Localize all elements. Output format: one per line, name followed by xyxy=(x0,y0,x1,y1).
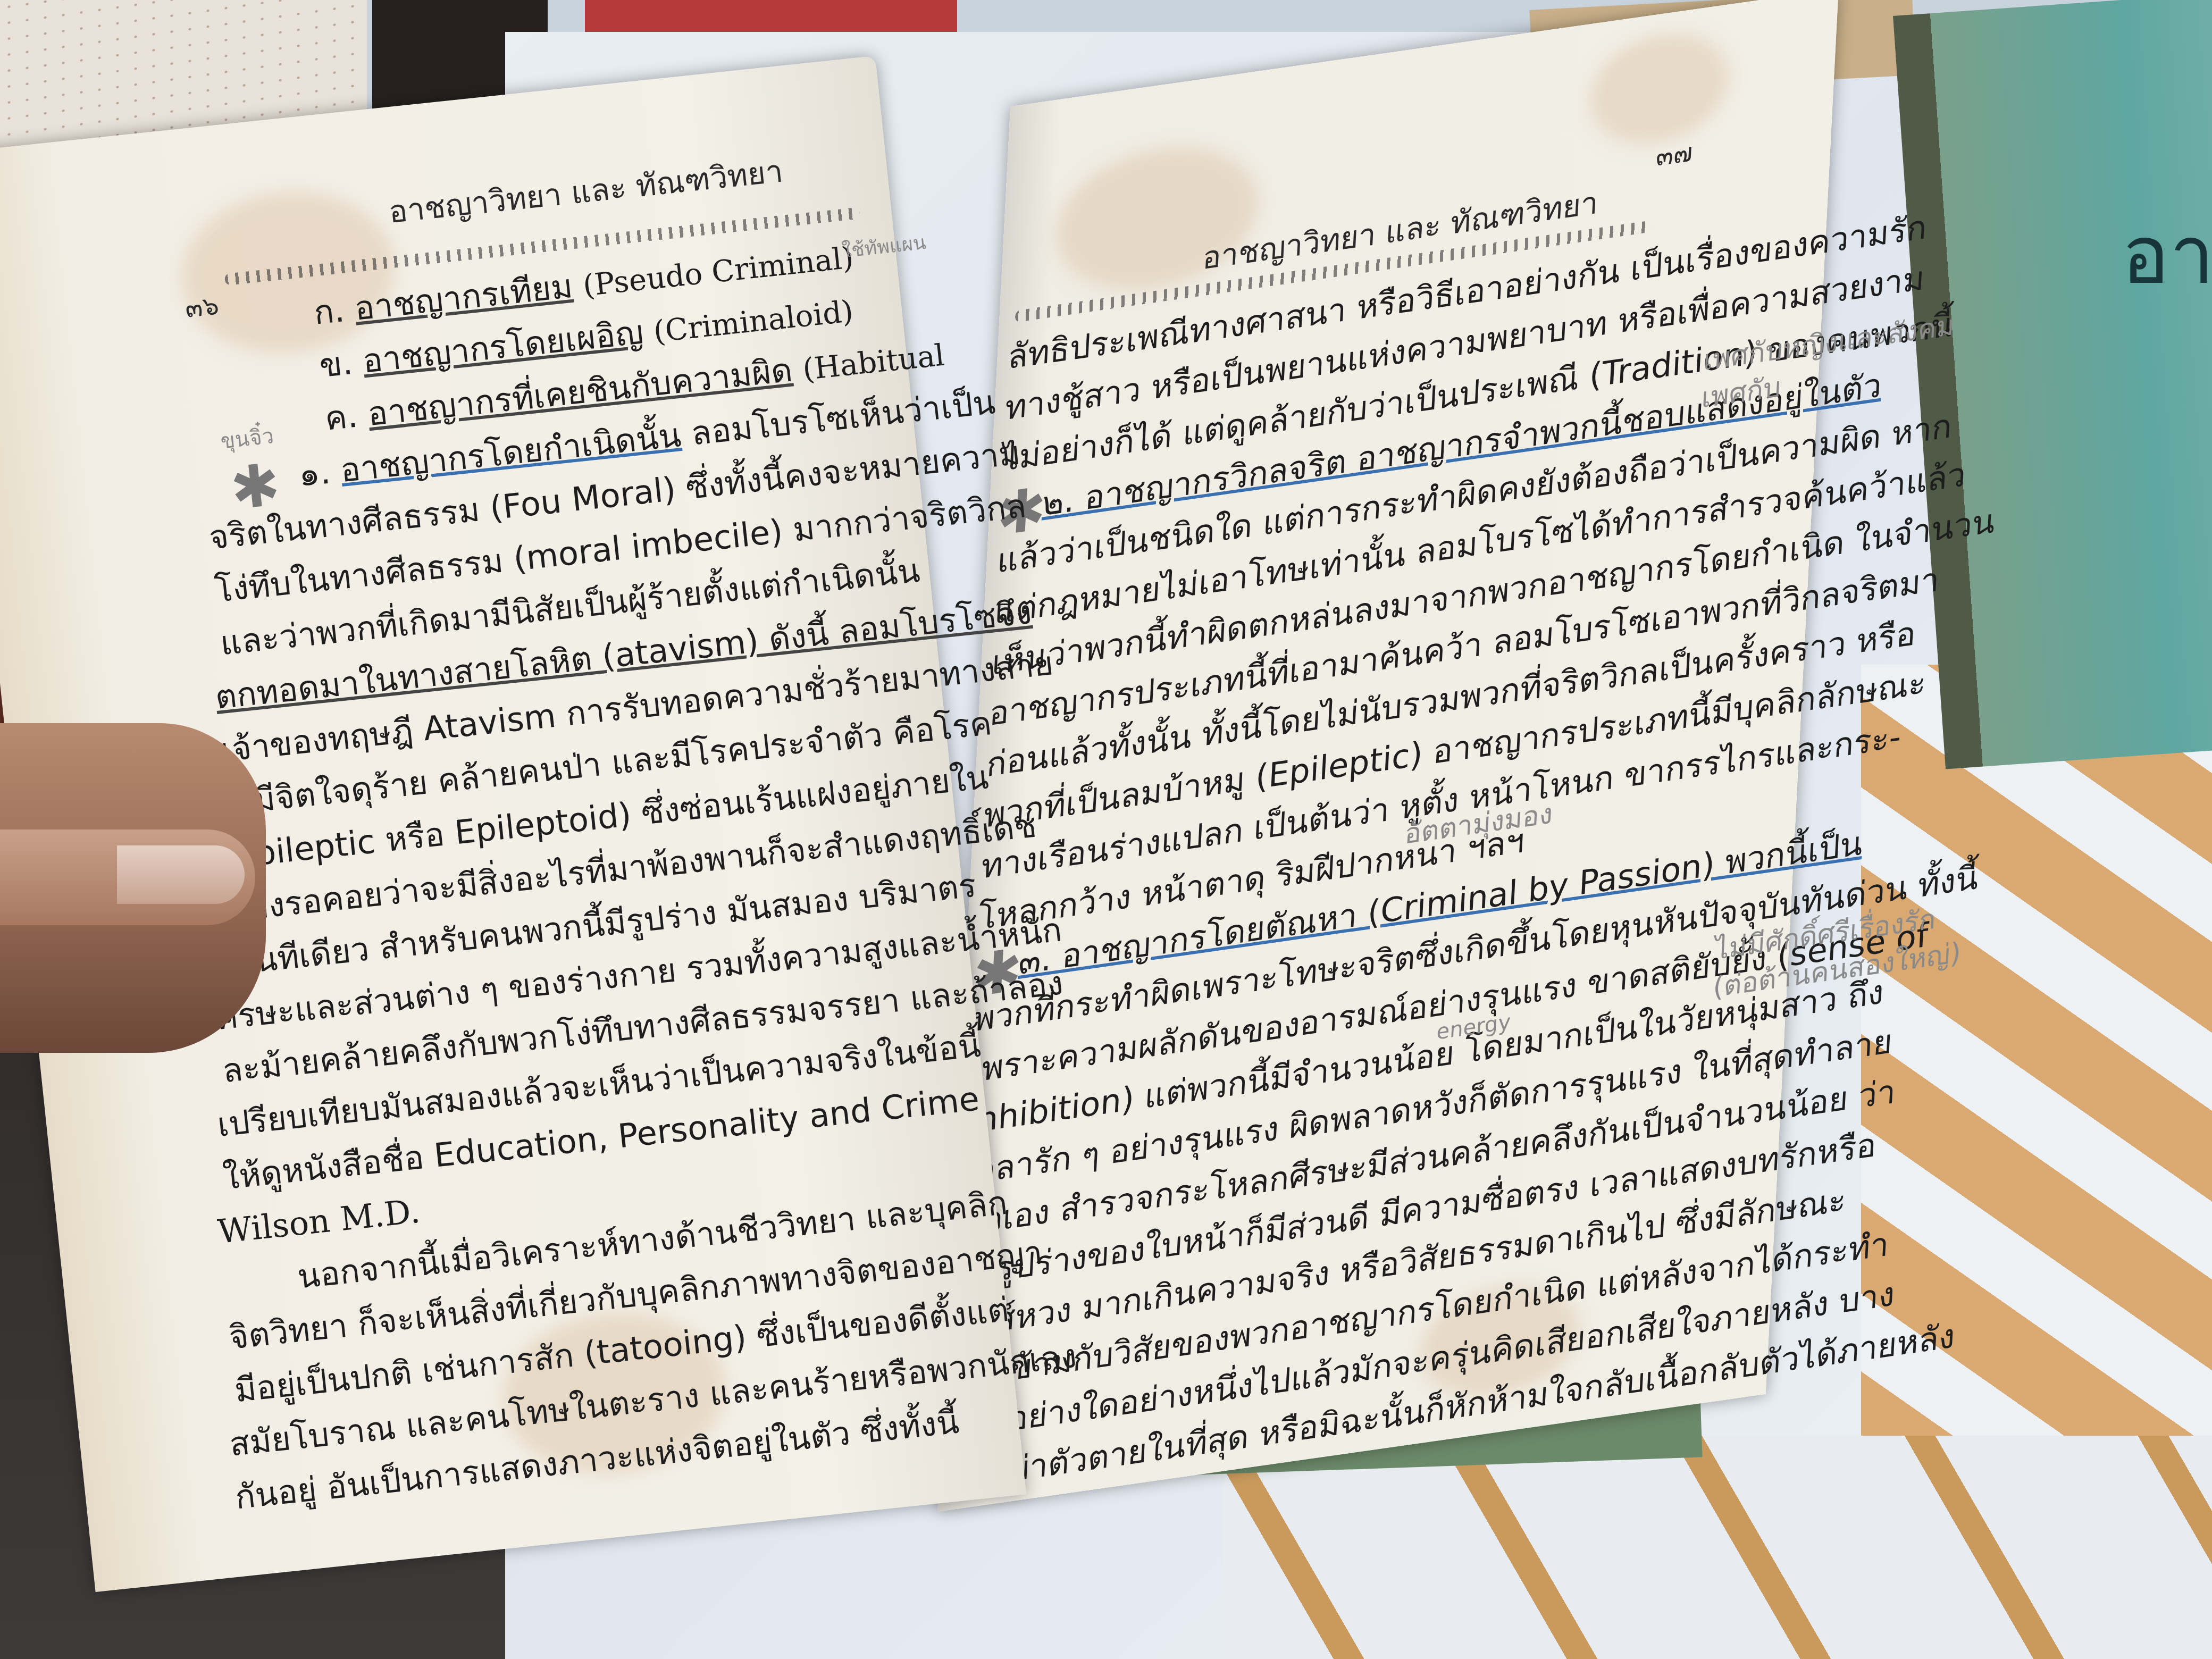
tile-floral-pattern-bottom xyxy=(1223,1436,2212,1659)
right-page: ๓๗ อาชญาวิทยา และ ทัณฑวิทยา ลัทธิประเพณี… xyxy=(937,0,1839,1512)
page-number: ๓๗ xyxy=(1655,132,1694,178)
paper-stain xyxy=(1588,26,1731,153)
list-english: (Criminaloid) xyxy=(652,294,855,349)
list-marker: ข. xyxy=(317,343,354,385)
thumbnail-nail xyxy=(117,845,245,904)
list-marker: ๑. xyxy=(297,453,332,495)
list-marker: ค. xyxy=(323,396,359,438)
list-marker: ก. xyxy=(312,290,347,332)
green-book-title: อาช xyxy=(2122,191,2212,318)
page-number: ๓๖ xyxy=(183,286,221,329)
green-book-cover xyxy=(1893,0,2212,769)
pencil-margin-note: ขุนจิ๋ว xyxy=(219,418,275,458)
list-english: (Pseudo Criminal) xyxy=(581,240,855,303)
text-line: Wilson M.D. xyxy=(216,1194,422,1249)
